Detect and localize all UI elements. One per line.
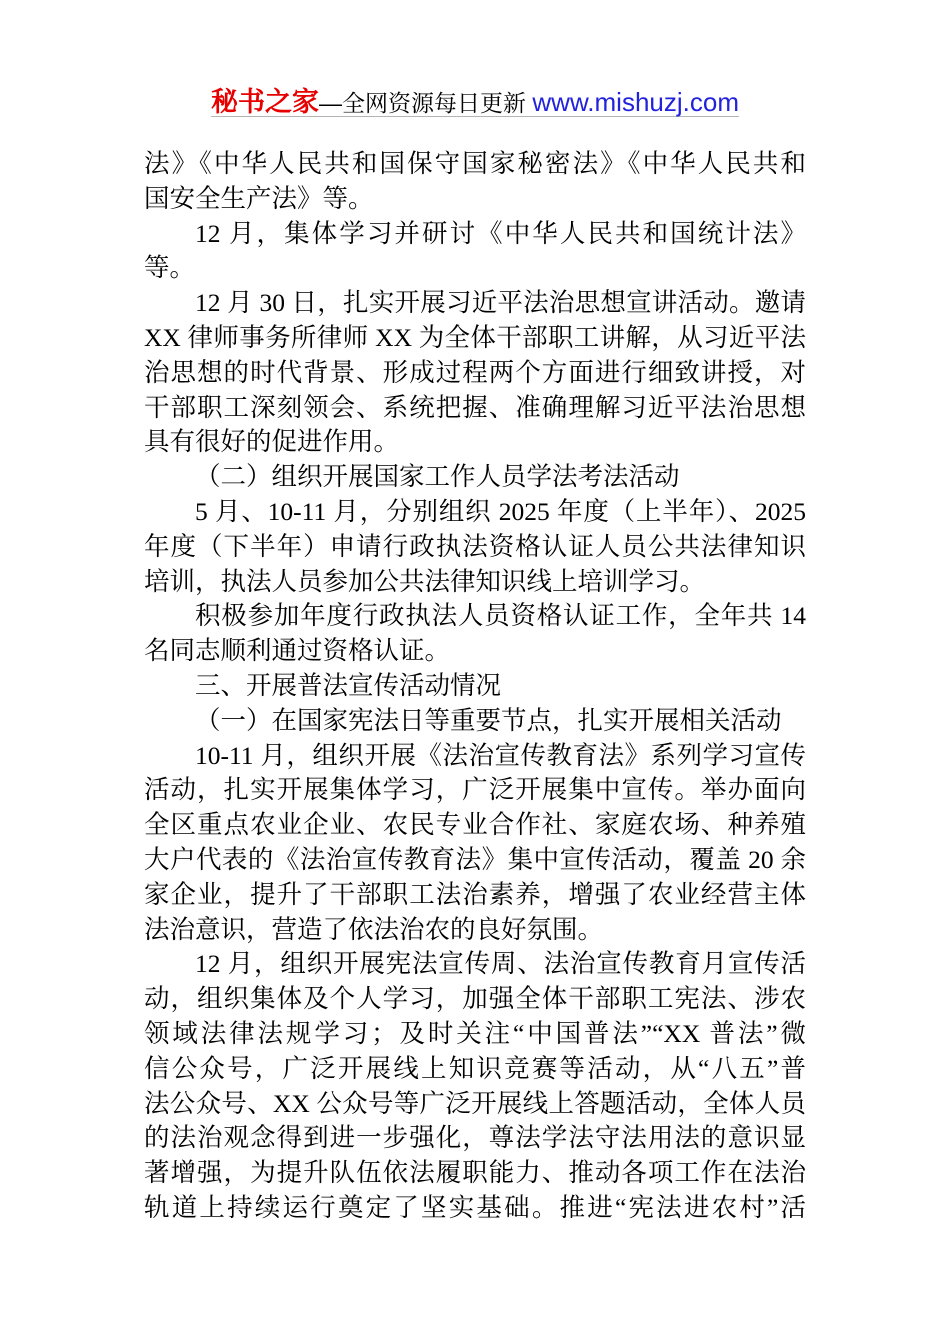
- section-heading-line: 三、开展普法宣传活动情况: [144, 669, 806, 704]
- body-line: 12 月，集体学习并研讨《中华人民共和国统计法》: [144, 217, 806, 252]
- body-line: 年度（下半年）申请行政执法资格认证人员公共法律知识: [144, 530, 806, 565]
- body-line: 活动，扎实开展集体学习，广泛开展集中宣传。举办面向: [144, 773, 806, 808]
- site-header: 秘书之家—全网资源每日更新 www.mishuzj.com: [0, 0, 950, 123]
- body-line: 家企业，提升了干部职工法治素养，增强了农业经营主体: [144, 878, 806, 913]
- body-line: 干部职工深刻领会、系统把握、准确理解习近平法治思想: [144, 391, 806, 426]
- site-url-link[interactable]: www.mishuzj.com: [532, 87, 739, 117]
- body-line: 大户代表的《法治宣传教育法》集中宣传活动，覆盖 20 余: [144, 843, 806, 878]
- body-line: 领域法律法规学习；及时关注“中国普法”“XX 普法”微: [144, 1017, 806, 1052]
- body-line: 积极参加年度行政执法人员资格认证工作，全年共 14: [144, 599, 806, 634]
- body-line: 12 月 30 日，扎实开展习近平法治思想宣讲活动。邀请: [144, 286, 806, 321]
- body-line: 轨道上持续运行奠定了坚实基础。推进“宪法进农村”活: [144, 1191, 806, 1226]
- site-header-link: 秘书之家—全网资源每日更新 www.mishuzj.com: [211, 98, 739, 115]
- body-line: 法公众号、XX 公众号等广泛开展线上答题活动，全体人员: [144, 1087, 806, 1122]
- document-body: 法》《中华人民共和国保守国家秘密法》《中华人民共和 国安全生产法》等。 12 月…: [144, 147, 806, 1226]
- document-page: 秘书之家—全网资源每日更新 www.mishuzj.com 法》《中华人民共和国…: [0, 0, 950, 1344]
- body-line: XX 律师事务所律师 XX 为全体干部职工讲解，从习近平法: [144, 321, 806, 356]
- subsection-heading-line: （一）在国家宪法日等重要节点，扎实开展相关活动: [144, 704, 806, 739]
- body-line: 动，组织集体及个人学习，加强全体干部职工宪法、涉农: [144, 982, 806, 1017]
- body-line: 著增强，为提升队伍依法履职能力、推动各项工作在法治: [144, 1156, 806, 1191]
- subsection-heading-line: （二）组织开展国家工作人员学法考法活动: [144, 460, 806, 495]
- body-line: 10-11 月，组织开展《法治宣传教育法》系列学习宣传: [144, 739, 806, 774]
- body-line: 全区重点农业企业、农民专业合作社、家庭农场、种养殖: [144, 808, 806, 843]
- site-tagline: —全网资源每日更新: [319, 90, 532, 116]
- site-brand: 秘书之家: [211, 87, 319, 117]
- body-line: 培训，执法人员参加公共法律知识线上培训学习。: [144, 565, 806, 600]
- body-line: 的法治观念得到进一步强化，尊法学法守法用法的意识显: [144, 1121, 806, 1156]
- body-line: 名同志顺利通过资格认证。: [144, 634, 806, 669]
- body-line: 5 月、10-11 月，分别组织 2025 年度（上半年）、2025: [144, 495, 806, 530]
- body-line: 法治意识，营造了依法治农的良好氛围。: [144, 913, 806, 948]
- body-line: 法》《中华人民共和国保守国家秘密法》《中华人民共和: [144, 147, 806, 182]
- body-line: 国安全生产法》等。: [144, 182, 806, 217]
- body-line: 信公众号，广泛开展线上知识竞赛等活动，从“八五”普: [144, 1052, 806, 1087]
- body-line: 治思想的时代背景、形成过程两个方面进行细致讲授，对: [144, 356, 806, 391]
- body-line: 具有很好的促进作用。: [144, 425, 806, 460]
- body-line: 12 月，组织开展宪法宣传周、法治宣传教育月宣传活: [144, 947, 806, 982]
- body-line: 等。: [144, 251, 806, 286]
